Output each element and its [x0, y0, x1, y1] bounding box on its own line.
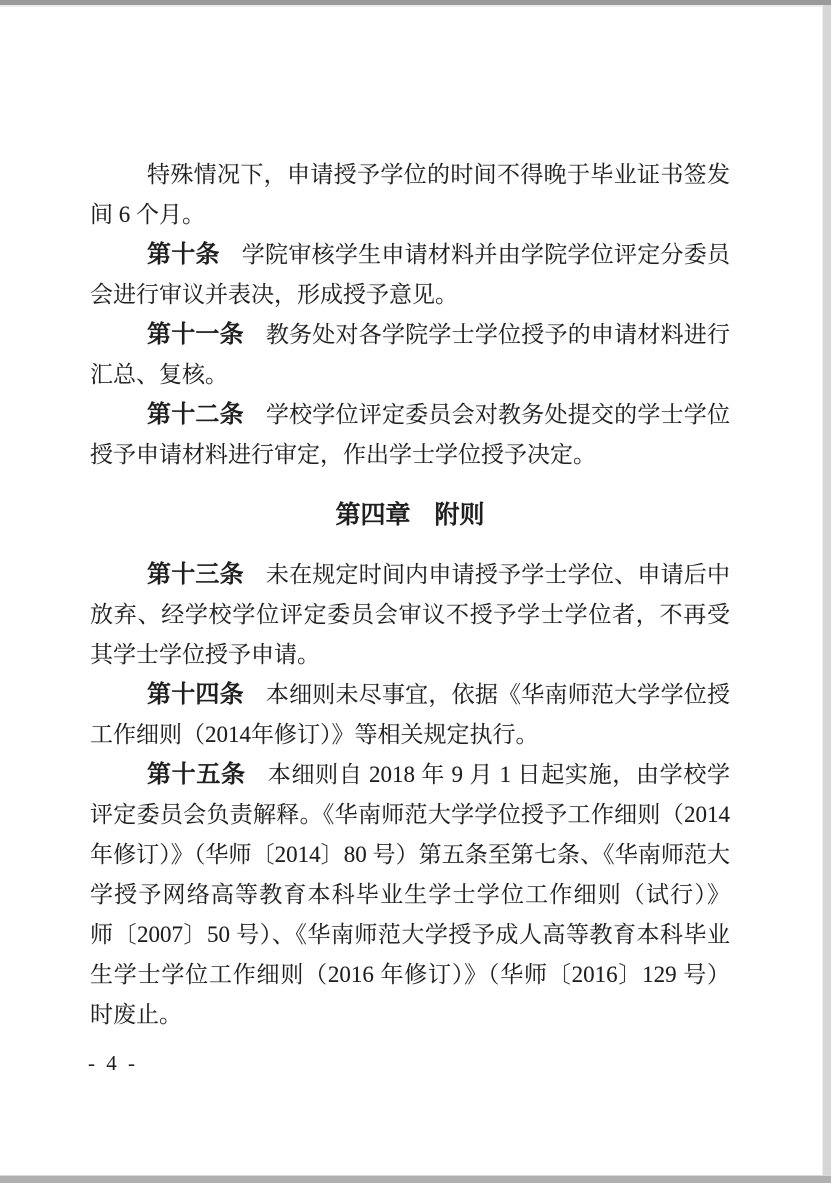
- document-line: 生学士学位工作细则（2016 年修订）》（华师〔2016〕129 号）同: [90, 955, 730, 995]
- document-line: 时废止。: [90, 995, 730, 1035]
- document-line: 放弃、经学校学位评定委员会审议不授予学士学位者，不再受理: [90, 595, 730, 635]
- line-text: 学校学位评定委员会对教务处提交的学士学位: [266, 402, 730, 427]
- document-line: 第十五条本细则自 2018 年 9 月 1 日起实施，由学校学位: [90, 755, 730, 795]
- line-text: 会进行审议并表决，形成授予意见。: [90, 282, 458, 307]
- document-line: 第十一条教务处对各学院学士学位授予的申请材料进行: [90, 315, 730, 355]
- page-bottom-edge: [0, 1175, 831, 1183]
- document-line: 师〔2007〕50 号）、《华南师范大学授予成人高等教育本科毕业: [90, 915, 730, 955]
- document-line: 汇总、复核。: [90, 355, 730, 395]
- line-text: 工作细则（2014年修订）》等相关规定执行。: [90, 722, 539, 747]
- document-body: 特殊情况下，申请授予学位的时间不得晚于毕业证书签发时 间 6 个月。 第十条学院…: [90, 155, 730, 1083]
- document-line: 其学士学位授予申请。: [90, 635, 730, 675]
- line-text: 间 6 个月。: [90, 202, 205, 227]
- line-text: 年修订）》（华师〔2014〕80 号）第五条至第七条、《华南师范大: [90, 842, 730, 867]
- document-line: 年修订）》（华师〔2014〕80 号）第五条至第七条、《华南师范大: [90, 835, 730, 875]
- document-line: 授予申请材料进行审定，作出学士学位授予决定。: [90, 435, 730, 475]
- article-number: 第十三条: [147, 561, 244, 588]
- line-text: 生学士学位工作细则（2016 年修订）》（华师〔2016〕129 号）同: [90, 962, 730, 995]
- page-right-edge: [822, 5, 831, 1176]
- line-text: 授予申请材料进行审定，作出学士学位授予决定。: [90, 442, 596, 467]
- document-line: 会进行审议并表决，形成授予意见。: [90, 275, 730, 315]
- article-number: 第十一条: [147, 321, 244, 348]
- article-number: 第十条: [147, 241, 220, 268]
- page-top-edge: [0, 0, 831, 7]
- document-line: 评定委员会负责解释。《华南师范大学学位授予工作细则（2014: [90, 795, 730, 835]
- chapter-number: 第四章: [335, 501, 410, 529]
- document-line: 特殊情况下，申请授予学位的时间不得晚于毕业证书签发时: [90, 155, 730, 195]
- line-text: 其学士学位授予申请。: [90, 642, 320, 667]
- document-line: 第十三条未在规定时间内申请授予学士学位、申请后中途: [90, 555, 730, 595]
- line-text: 学院审核学生申请材料并由学院学位评定分委员: [242, 242, 730, 267]
- document-line: 第十条学院审核学生申请材料并由学院学位评定分委员: [90, 235, 730, 275]
- line-text: 特殊情况下，申请授予学位的时间不得晚于毕业证书签发时: [147, 162, 730, 195]
- document-line: 第十四条本细则未尽事宜，依据《华南师范大学学位授予: [90, 675, 730, 715]
- line-text: 师〔2007〕50 号）、《华南师范大学授予成人高等教育本科毕业: [90, 922, 730, 947]
- article-number: 第十二条: [147, 401, 244, 428]
- article-number: 第十四条: [147, 681, 244, 708]
- page-number: - 4 -: [88, 1043, 730, 1083]
- line-text: 评定委员会负责解释。《华南师范大学学位授予工作细则（2014: [90, 802, 730, 827]
- chapter-heading: 第四章附则: [90, 495, 730, 535]
- article-number: 第十五条: [147, 761, 246, 788]
- document-page: 特殊情况下，申请授予学位的时间不得晚于毕业证书签发时 间 6 个月。 第十条学院…: [0, 0, 831, 1183]
- line-text: 时废止。: [90, 1002, 182, 1027]
- document-line: 工作细则（2014年修订）》等相关规定执行。: [90, 715, 730, 755]
- document-line: 学授予网络高等教育本科毕业生学士学位工作细则（试行）》（华: [90, 875, 730, 915]
- document-line: 第十二条学校学位评定委员会对教务处提交的学士学位: [90, 395, 730, 435]
- line-text: 汇总、复核。: [90, 362, 228, 387]
- line-text: 学授予网络高等教育本科毕业生学士学位工作细则（试行）》（华: [90, 882, 730, 915]
- chapter-title: 附则: [435, 501, 485, 529]
- document-line: 间 6 个月。: [90, 195, 730, 235]
- line-text: 教务处对各学院学士学位授予的申请材料进行: [266, 322, 730, 347]
- line-text: 放弃、经学校学位评定委员会审议不授予学士学位者，不再受理: [90, 602, 730, 635]
